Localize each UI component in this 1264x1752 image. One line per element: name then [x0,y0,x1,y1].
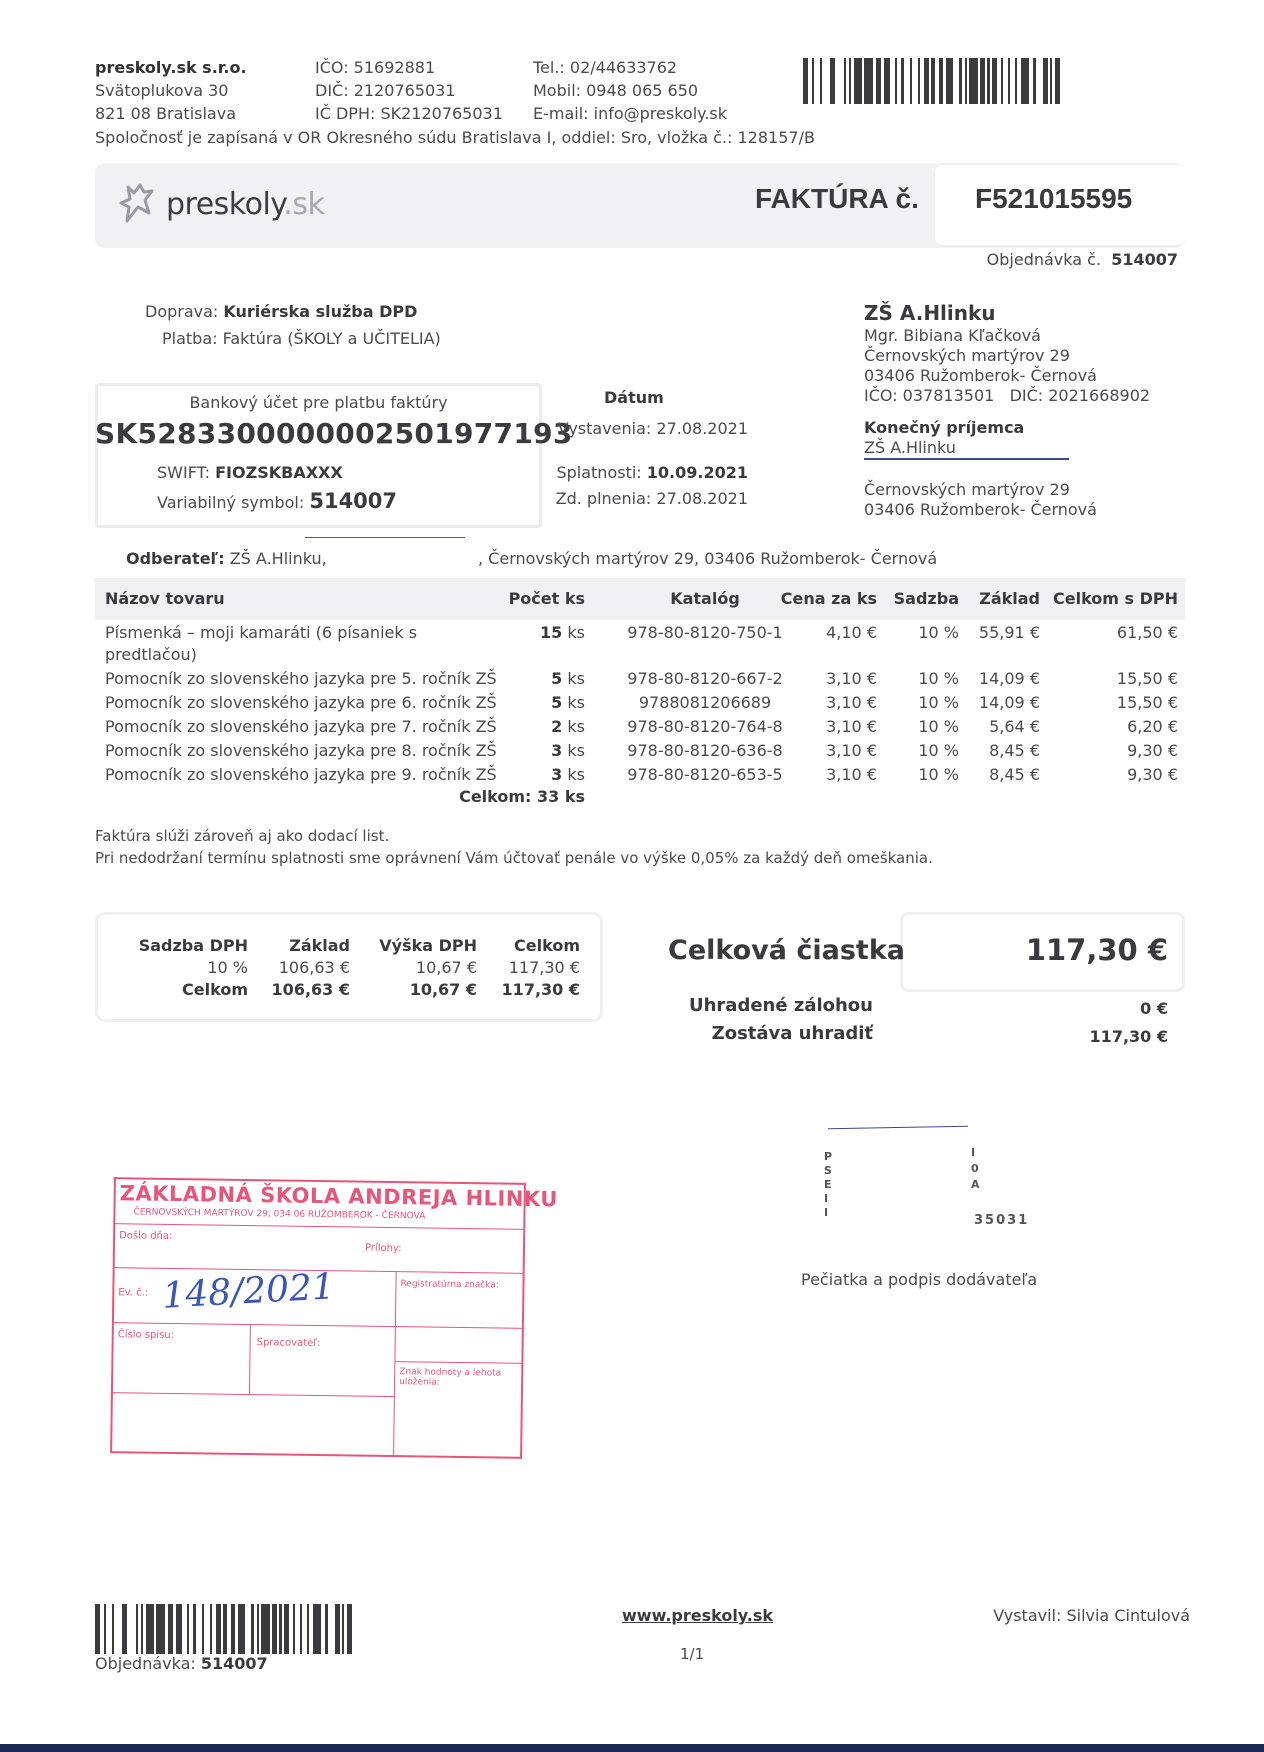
date-due: Splatnosti: 10.09.2021 [556,461,748,484]
advance-amount: 0 € [1140,997,1168,1020]
item-catalog: 978-80-8120-636-8 [605,740,805,762]
stamp-title: ZÁKLADNÁ ŠKOLA ANDREJA HLINKU [120,1181,558,1211]
remaining-amount: 117,30 € [1090,1025,1168,1048]
item-total: 6,20 € [1127,716,1178,738]
page-number: 1/1 [680,1643,704,1665]
logo-icon [118,183,156,225]
item-name: Písmenká – moji kamaráti (6 písaniek spr… [105,622,515,666]
bank-title: Bankový účet pre platbu faktúry [95,391,542,414]
column-header: Celkom s DPH [1053,588,1178,610]
item-total: 15,50 € [1117,692,1178,714]
customer-street: Černovských martýrov 29 [864,346,1150,366]
supplier-tel: Tel.: 02/44633762 [533,56,727,79]
stamp-caption: Pečiatka a podpis dodávateľa [801,1268,1037,1291]
advance-label: Uhradené zálohou [689,995,873,1016]
item-price: 3,10 € [826,740,877,762]
item-catalog: 978-80-8120-667-2 [605,668,805,690]
item-catalog: 978-80-8120-653-5 [605,764,805,786]
stamp-code: 35031 [974,1213,1029,1228]
invoice-label: FAKTÚRA č. [755,183,919,215]
note-delivery: Faktúra slúži zároveň aj ako dodací list… [95,825,389,847]
item-base: 5,64 € [989,716,1040,738]
customer-block: ZŠ A.Hlinku Mgr. Bibiana Kľačková Černov… [864,300,1150,520]
supplier-ids: IČO: 51692881 DIČ: 2120765031 IČ DPH: SK… [315,56,503,125]
vat-row-cell: 106,63 € [279,957,350,979]
item-catalog: 978-80-8120-764-8 [605,716,805,738]
item-price: 3,10 € [826,764,877,786]
signature-line [828,1126,968,1129]
item-name: Pomocník zo slovenského jazyka pre 8. ro… [105,740,515,762]
remaining-label: Zostáva uhradiť [712,1023,873,1044]
customer-name: ZŠ A.Hlinku [864,300,1150,326]
variable-symbol: Variabilný symbol: 514007 [157,489,397,513]
item-name: Pomocník zo slovenského jazyka pre 6. ro… [105,692,515,714]
column-header: Sadzba [894,588,959,610]
vat-columns-cell: Sadzba DPH [139,935,248,957]
item-rate: 10 % [918,764,959,786]
stamp-chars-right: I 0 A [971,1145,979,1193]
vat-columns-cell: Výška DPH [379,935,477,957]
supplier-registry: Spoločnosť je zapísaná v OR Okresného sú… [95,126,815,149]
footer-order: Objednávka: 514007 [95,1652,268,1675]
vat-columns-cell: Celkom [514,935,580,957]
column-header: Názov tovaru [105,588,225,610]
date-supply: Zd. plnenia: 27.08.2021 [556,487,748,510]
stamp-prilohy: Prílohy: [365,1243,402,1255]
odberatel-line: Odberateľ: ZŠ A.Hlinku, [126,547,327,570]
vat-row-cell: 10,67 € [416,957,477,979]
shipping-method: Kuriérska služba DPD [223,302,417,321]
item-qty: 3 ks [551,740,585,762]
item-catalog: 9788081206689 [605,692,805,714]
recipient-title: Konečný príjemca [864,418,1150,438]
recipient-name: ZŠ A.Hlinku [864,438,1069,460]
item-rate: 10 % [918,668,959,690]
item-total: 15,50 € [1117,668,1178,690]
item-price: 3,10 € [826,668,877,690]
item-rate: 10 % [918,716,959,738]
vat-total-row-cell: 117,30 € [502,979,580,1001]
supplier-dic: DIČ: 2120765031 [315,79,503,102]
item-qty: 2 ks [551,716,585,738]
item-catalog: 978-80-8120-750-1 [605,622,805,644]
vat-total-row-cell: Celkom [182,979,248,1001]
item-price: 3,10 € [826,692,877,714]
stamp-ev-handwritten: 148/2021 [161,1266,335,1317]
item-qty: 5 ks [551,692,585,714]
bottom-barcode [95,1604,480,1654]
stamp-subtitle: ČERNOVSKÝCH MARTÝROV 29, 034 06 RUŽOMBER… [133,1207,425,1221]
item-qty: 5 ks [551,668,585,690]
order-number: 514007 [1111,250,1178,269]
supplier-city: 821 08 Bratislava [95,102,247,125]
column-header: Katalóg [605,588,805,610]
vat-total-row-cell: 10,67 € [410,979,477,1001]
pen-line [305,537,465,538]
item-base: 8,45 € [989,764,1040,786]
item-base: 14,09 € [979,668,1040,690]
top-barcode [803,58,1188,104]
customer-ids: IČO: 037813501 DIČ: 2021668902 [864,386,1150,406]
item-base: 14,09 € [979,692,1040,714]
item-total: 9,30 € [1127,764,1178,786]
column-header: Počet ks [509,588,585,610]
customer-person: Mgr. Bibiana Kľačková [864,326,1150,346]
issued-by: Vystavil: Silvia Cintulová [993,1604,1190,1627]
supplier-info: preskoly.sk s.r.o. Svätoplukova 30 821 0… [95,56,247,125]
date-issued: Vystavenia: 27.08.2021 [558,417,748,440]
total-label: Celková čiastka [668,935,905,966]
payment-line: Platba: Faktúra (ŠKOLY a UČITELIA) [162,327,441,350]
stamp-spracovatel: Spracovateľ: [257,1337,321,1349]
stamp-cislo-spisu: Číslo spisu: [118,1329,174,1341]
stamp-znak-hodnoty: Znak hodnoty a lehota uloženia: [399,1367,509,1389]
item-rate: 10 % [918,740,959,762]
note-penalty: Pri nedodržaní termínu splatnosti sme op… [95,847,933,869]
item-name: Pomocník zo slovenského jazyka pre 7. ro… [105,716,515,738]
supplier-mobil: Mobil: 0948 065 650 [533,79,727,102]
supplier-icdph: IČ DPH: SK2120765031 [315,102,503,125]
logo-wordmark: preskoly.sk [166,187,324,222]
column-header: Základ [979,588,1040,610]
customer-city: 03406 Ružomberok- Černová [864,366,1150,386]
item-name: Pomocník zo slovenského jazyka pre 5. ro… [105,668,515,690]
stamp-doslo: Došlo dňa: [119,1230,172,1242]
scan-edge [0,1744,1264,1752]
supplier-street: Svätoplukova 30 [95,79,247,102]
item-total: 61,50 € [1117,622,1178,644]
vat-row-cell: 10 % [207,957,248,979]
supplier-name: preskoly.sk s.r.o. [95,56,247,79]
item-total: 9,30 € [1127,740,1178,762]
item-rate: 10 % [918,692,959,714]
website-link[interactable]: www.preskoly.sk [622,1604,773,1627]
logo: preskoly.sk [118,183,324,225]
recipient-city: 03406 Ružomberok- Černová [864,500,1150,520]
total-amount: 117,30 € [1026,933,1168,967]
item-name: Pomocník zo slovenského jazyka pre 9. ro… [105,764,515,786]
supplier-ico: IČO: 51692881 [315,56,503,79]
stamp-reg-znacka: Registratúrna značka: [400,1279,499,1290]
stamp-ev: Ev. č.: [118,1287,148,1298]
supplier-contacts: Tel.: 02/44633762 Mobil: 0948 065 650 E-… [533,56,727,125]
item-qty: 3 ks [551,764,585,786]
vat-total-row-cell: 106,63 € [272,979,350,1001]
item-base: 55,91 € [979,622,1040,644]
order-number-line: Objednávka č. 514007 [987,250,1178,269]
item-rate: 10 % [918,622,959,644]
column-header: Cena za ks [781,588,877,610]
dates-title: Dátum [604,386,664,409]
vat-columns-cell: Základ [289,935,350,957]
item-price: 3,10 € [826,716,877,738]
item-base: 8,45 € [989,740,1040,762]
payment-method: Faktúra (ŠKOLY a UČITELIA) [223,329,441,348]
recipient-street: Černovských martýrov 29 [864,480,1150,500]
vat-row-cell: 117,30 € [509,957,580,979]
bank-swift: SWIFT: FIOZSKBAXXX [157,461,343,484]
odberatel-address: , Černovských martýrov 29, 03406 Ružombe… [478,547,937,570]
supplier-email: E-mail: info@preskoly.sk [533,102,727,125]
stamp-chars-left: P S E I I [824,1150,832,1220]
invoice-number: F521015595 [975,183,1132,215]
item-price: 4,10 € [826,622,877,644]
school-receipt-stamp: ZÁKLADNÁ ŠKOLA ANDREJA HLINKU ČERNOVSKÝC… [110,1177,526,1459]
shipping-line: Doprava: Kuriérska služba DPD [145,300,417,323]
items-total-qty: Celkom: 33 ks [459,785,585,808]
bank-iban: SK5283300000002501977193 [95,417,542,450]
item-qty: 15 ks [540,622,585,644]
